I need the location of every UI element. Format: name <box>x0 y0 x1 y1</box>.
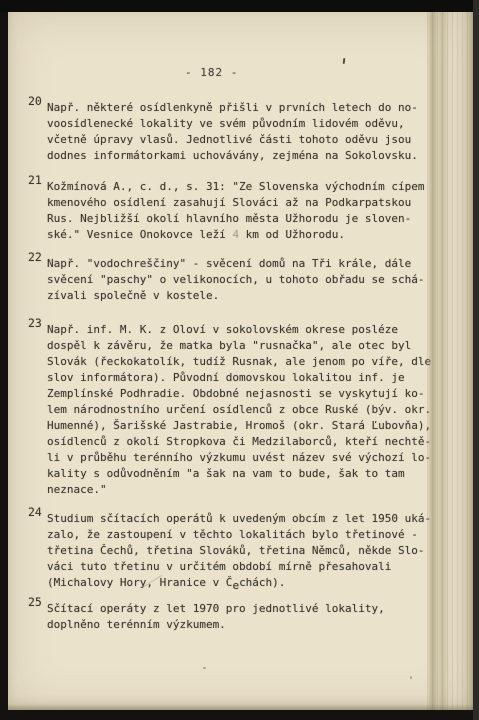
footnote-line: Humenné), Šarišské Jastrabie, Hromoš (ok… <box>47 418 448 434</box>
footnote-24: 24 Studium sčítacích operátů k uvedeným … <box>8 511 448 591</box>
footnote-text: Sčítací operáty z let 1970 pro jednotliv… <box>47 601 448 633</box>
footnote-text: Kožmínová A., c. d., s. 31: "Ze Slovensk… <box>47 179 448 243</box>
footnote-text: Např. některé osídlenkyně přišli v první… <box>47 100 448 164</box>
footnote-text: Např. inf. M. K. z Oloví v sokolovském o… <box>47 322 448 498</box>
footnote-line: lem národnostního určení osídlenců z obc… <box>47 402 448 418</box>
footnote-number: 25 <box>28 595 42 609</box>
footnote-23: 23 Např. inf. M. K. z Oloví v sokolovské… <box>8 322 448 498</box>
footnote-line: Slovák (řeckokatolík, tudíž Rusnak, ale … <box>47 354 448 370</box>
footnote-line: včetně úpravy vlasů. Jednotlivé části to… <box>47 132 448 148</box>
footnote-line: doplněno terénním výzkumem. <box>47 617 448 633</box>
footnote-text: Studium sčítacích operátů k uvedeným obc… <box>47 511 448 591</box>
paper-bottom-edge <box>8 704 473 710</box>
footnote-line: (Michalovy Hory, Hranice v Čechách). <box>47 575 448 591</box>
footnote-line: kmenového osídlení zasahují Slováci až n… <box>47 195 448 211</box>
footnote-line: Studium sčítacích operátů k uvedeným obc… <box>47 511 448 527</box>
footnote-number: 24 <box>28 505 42 519</box>
footnote-line: svěcení "paschy" o velikonocích, u tohot… <box>47 272 448 288</box>
footnote-22: 22 Např. "vodochreščiny" - svěcení domů … <box>8 256 448 304</box>
footnote-line: neznace." <box>47 482 448 498</box>
footnote-line: voosídlenecké lokality ve svém původním … <box>47 116 448 132</box>
footnote-line: Např. inf. M. K. z Oloví v sokolovském o… <box>47 322 448 338</box>
footnote-number: 20 <box>28 94 42 108</box>
page-number: - 182 - <box>185 66 238 80</box>
footnote-line: osídlenců z okolí Stropkova či Medzilabo… <box>47 434 448 450</box>
footnote-number: 23 <box>28 316 42 330</box>
footnote-25: 25 Sčítací operáty z let 1970 pro jednot… <box>8 601 448 633</box>
footnote-line: slov informátora). Původní domovskou lok… <box>47 370 448 386</box>
footnote-text: Např. "vodochreščiny" - svěcení domů na … <box>47 256 448 304</box>
footnote-line: Např. některé osídlenkyně přišli v první… <box>47 100 448 116</box>
scan-border-top <box>0 0 479 12</box>
footnote-number: 21 <box>28 173 42 187</box>
footnote-line: li v průběhu terénního výzkumu uvést náz… <box>47 450 448 466</box>
footnote-line: Rus. Nejbližší okolí hlavního města Užho… <box>47 211 448 227</box>
footnote-line: dospěl k závěru, že matka byla "rusnačka… <box>47 338 448 354</box>
page-edge-stack <box>427 12 473 710</box>
book-scan: - 182 - 20 Např. některé osídlenkyně při… <box>0 0 479 720</box>
footnote-number: 22 <box>28 250 42 264</box>
footnote-line: zívali společně v kostele. <box>47 288 448 304</box>
footnote-21: 21 Kožmínová A., c. d., s. 31: "Ze Slove… <box>8 179 448 243</box>
footnote-20: 20 Např. některé osídlenkyně přišli v pr… <box>8 100 448 164</box>
footnote-line: Kožmínová A., c. d., s. 31: "Ze Slovensk… <box>47 179 448 195</box>
footnote-line: váci tuto třetinu v určitém období mírně… <box>47 559 448 575</box>
dust-speck <box>203 667 206 669</box>
footnote-line: zalo, že zastoupení v těchto lokalitách … <box>47 527 448 543</box>
footnote-line: Sčítací operáty z let 1970 pro jednotliv… <box>47 601 448 617</box>
footnote-line: kality s odůvodněním "a šak na vam to bu… <box>47 466 448 482</box>
footnote-line: dodnes informátorkami uchovávány, zejmén… <box>47 148 448 164</box>
dust-speck <box>410 676 412 679</box>
footnote-line: třetina Čechů, třetina Slováků, třetina … <box>47 543 448 559</box>
scan-border-right <box>473 0 479 720</box>
footnote-line: Zemplínské Podhradie. Obdobné nejasnosti… <box>47 386 448 402</box>
footnote-line: ské." Vesnice Onokovce leží 4 km od Užho… <box>47 227 448 243</box>
document-page: - 182 - 20 Např. některé osídlenkyně při… <box>8 12 473 710</box>
footnote-line: Např. "vodochreščiny" - svěcení domů na … <box>47 256 448 272</box>
